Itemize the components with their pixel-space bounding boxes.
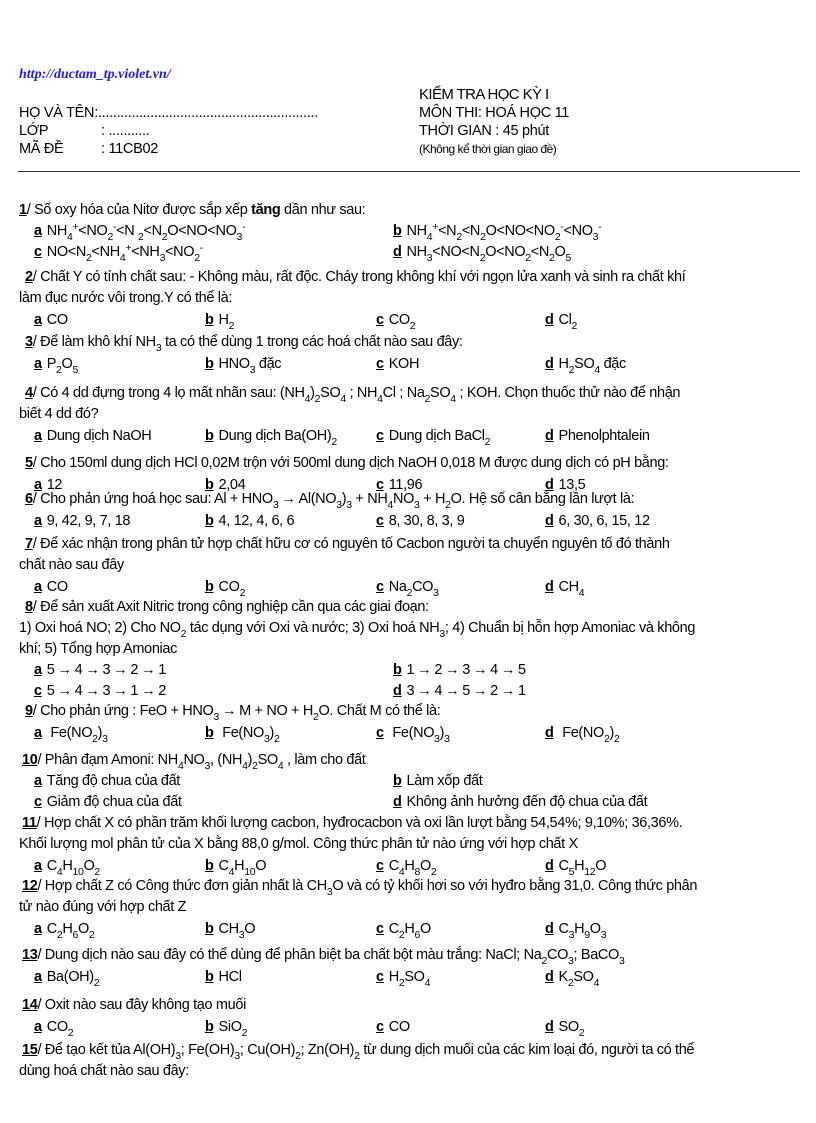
- subscript: 3: [273, 499, 279, 511]
- option-letter: b: [205, 921, 214, 937]
- text: ; BaCO: [574, 947, 619, 963]
- option-a[interactable]: a5→4→3→2→1: [34, 661, 166, 679]
- option-letter: d: [545, 579, 554, 595]
- text: 5: [47, 683, 55, 699]
- question-stem: 10/ Phân đạm Amoni: NH4NO3, (NH4)2SO4 , …: [22, 751, 365, 769]
- option-letter: a: [34, 921, 42, 937]
- option-letter: d: [545, 513, 554, 529]
- text: H: [62, 858, 72, 874]
- text: ; KOH. Chọn thuốc thử nào để nhận: [456, 385, 680, 401]
- question-number: 2: [25, 269, 33, 285]
- text: NH: [407, 244, 427, 260]
- option-d[interactable]: dKhông ảnh hưởng đến độ chua của đất: [393, 793, 647, 811]
- option-letter: c: [376, 858, 384, 874]
- text: / Dung dịch nào sau đây có thể dùng để p…: [37, 947, 541, 963]
- text: 3: [102, 662, 110, 678]
- option-b[interactable]: bH2: [205, 311, 234, 329]
- text: làm đục nước vôi trong.Y có thể là:: [19, 290, 232, 306]
- question-stem: tử nào đúng với hợp chất Z: [19, 898, 186, 916]
- subscript: 5: [565, 252, 571, 264]
- option-letter: b: [205, 356, 214, 372]
- option-letter: b: [205, 579, 214, 595]
- text: CO: [547, 947, 568, 963]
- text: / Có 4 dd đựng trong 4 lọ mất nhãn sau: …: [33, 385, 305, 401]
- text: CO: [219, 579, 240, 595]
- option-c[interactable]: cC2H6O: [376, 920, 431, 938]
- text: / Oxit nào sau đây không tạo muối: [37, 997, 246, 1013]
- option-c[interactable]: cKOH: [376, 355, 419, 373]
- option-d[interactable]: dK2SO4: [545, 968, 599, 986]
- question-stem: Khối lượng mol phân tử của X bằng 88,0 g…: [19, 835, 578, 853]
- text: O: [595, 858, 606, 874]
- option-letter: c: [376, 1019, 384, 1035]
- exam-duration-note: (Không kể thời gian giao đề): [419, 140, 569, 158]
- question-stem: 6/ Cho phản ứng hoá học sau: Al + HNO3→A…: [25, 490, 634, 508]
- option-b[interactable]: b4, 12, 4, 6, 6: [205, 512, 294, 530]
- option-a[interactable]: aCO: [34, 578, 68, 596]
- option-d[interactable]: dC5H12O: [545, 857, 606, 875]
- option-a[interactable]: aNH4+<NO2-<N 2<N2O<NO<NO3-: [34, 222, 245, 240]
- text: 1: [130, 683, 138, 699]
- text: / Để tạo kết tủa Al(OH): [37, 1042, 175, 1058]
- option-letter: d: [545, 921, 554, 937]
- subscript: 3: [433, 587, 439, 599]
- exam-page: http://ductam_tp.violet.vn/ HỌ VÀ TÊN:..…: [0, 0, 816, 1123]
- text: Tăng độ chua của đất: [47, 773, 180, 789]
- text: CO: [47, 312, 68, 328]
- text: từ dung dịch muối của các kim loại đó, n…: [360, 1042, 695, 1058]
- text: O: [420, 858, 431, 874]
- text: ; Cu(OH): [240, 1042, 295, 1058]
- text: O: [78, 921, 89, 937]
- text: NO: [183, 752, 204, 768]
- text: H: [234, 858, 244, 874]
- option-b[interactable]: bCO2: [205, 578, 245, 596]
- text: <N: [462, 223, 480, 239]
- question-stem: 8/ Để sản xuất Axit Nitric trong công ng…: [25, 598, 429, 616]
- text: Làm xốp đất: [407, 773, 483, 789]
- option-b[interactable]: b1→2→3→4→5: [393, 661, 526, 679]
- text: 4: [490, 662, 498, 678]
- option-b[interactable]: bHCl: [205, 968, 242, 986]
- option-c[interactable]: c5→4→3→1→2: [34, 682, 166, 700]
- text: 4: [434, 683, 442, 699]
- option-d[interactable]: d3→4→5→2→1: [393, 682, 526, 700]
- option-b[interactable]: bSiO2: [205, 1018, 247, 1036]
- text: C: [559, 921, 569, 937]
- question-number: 1: [19, 202, 27, 218]
- text: NH: [47, 223, 67, 239]
- text: CO: [47, 1019, 68, 1035]
- option-b[interactable]: bC4H10O: [205, 857, 266, 875]
- text: Phenolphtalein: [559, 428, 650, 444]
- question-number: 15: [22, 1042, 37, 1058]
- option-letter: d: [545, 312, 554, 328]
- reaction-arrow-icon: →: [445, 682, 459, 700]
- option-letter: a: [34, 356, 42, 372]
- option-letter: b: [205, 969, 214, 985]
- option-b[interactable]: bHNO3 đặc: [205, 355, 281, 373]
- text: NO: [393, 491, 414, 507]
- option-letter: d: [545, 969, 554, 985]
- text: <NH: [131, 244, 159, 260]
- question-stem: 11/ Hợp chất X có phần trăm khối lượng c…: [22, 814, 682, 832]
- question-stem: 3/ Để làm khô khí NH3 ta có thể dùng 1 t…: [25, 333, 463, 351]
- option-a[interactable]: aP2O5: [34, 355, 78, 373]
- reaction-arrow-icon: →: [473, 682, 487, 700]
- subscript: 2: [94, 977, 100, 989]
- option-letter: b: [205, 428, 214, 444]
- option-d[interactable]: dH2SO4 đặc: [545, 355, 626, 373]
- subscript: 2: [572, 320, 578, 332]
- option-letter: b: [393, 223, 402, 239]
- option-b[interactable]: bLàm xốp đất: [393, 772, 482, 790]
- option-c[interactable]: cCO: [376, 1018, 410, 1036]
- subscript: 4: [594, 977, 600, 989]
- text: / Để sản xuất Axit Nitric trong công ngh…: [33, 599, 429, 615]
- option-c[interactable]: cC4H8O2: [376, 857, 436, 875]
- text: CH: [219, 921, 239, 937]
- text: Ba(OH): [47, 969, 94, 985]
- option-b[interactable]: bNH4+<N2<N2O<NO<NO2-<NO3-: [393, 222, 601, 240]
- text: O<NO<NO: [486, 223, 555, 239]
- text: / Hợp chất Z có Công thức đơn giản nhất …: [37, 878, 326, 894]
- subscript: 2: [331, 436, 337, 448]
- text: 8, 30, 8, 3, 9: [389, 513, 465, 529]
- option-letter: a: [34, 773, 42, 789]
- text: H: [404, 858, 414, 874]
- option-letter: c: [34, 683, 42, 699]
- option-letter: c: [376, 725, 384, 741]
- text: / Để xác nhận trong phân tử hợp chất hữu…: [33, 536, 670, 552]
- text: <NO<N: [432, 244, 479, 260]
- option-letter: a: [34, 662, 42, 678]
- option-letter: a: [34, 858, 42, 874]
- subscript: 5: [72, 364, 78, 376]
- text: 3: [102, 683, 110, 699]
- text: CO: [389, 1019, 410, 1035]
- reaction-arrow-icon: →: [57, 682, 71, 700]
- option-d[interactable]: dC3H9O3: [545, 920, 606, 938]
- option-letter: d: [393, 794, 402, 810]
- text: SO: [320, 385, 340, 401]
- text: HNO: [219, 356, 250, 372]
- text: 5: [47, 662, 55, 678]
- option-letter: b: [205, 725, 214, 741]
- text: SO: [574, 356, 594, 372]
- option-c[interactable]: cCO2: [376, 311, 415, 329]
- text: Na: [389, 579, 407, 595]
- reaction-arrow-icon: →: [501, 682, 515, 700]
- question-stem: biết 4 dd đó?: [19, 405, 98, 423]
- question-number: 9: [25, 703, 33, 719]
- question-number: 5: [25, 455, 33, 471]
- text: Fe(NO: [559, 725, 604, 741]
- text: H: [219, 312, 229, 328]
- student-info: HỌ VÀ TÊN:..............................…: [19, 104, 318, 158]
- question-number: 3: [25, 334, 33, 350]
- option-b[interactable]: b Fe(NO3)2: [205, 724, 279, 742]
- text: 5: [518, 662, 526, 678]
- text: Cl: [559, 312, 572, 328]
- reaction-arrow-icon: →: [417, 682, 431, 700]
- text: + H: [420, 491, 446, 507]
- text: H: [574, 921, 584, 937]
- question-number: 7: [25, 536, 33, 552]
- text: , làm cho đất: [283, 752, 365, 768]
- reaction-arrow-icon: →: [141, 682, 155, 700]
- text: SO: [404, 969, 424, 985]
- option-letter: d: [545, 356, 554, 372]
- text: 2: [158, 683, 166, 699]
- text: 3: [462, 662, 470, 678]
- subscript: 2: [485, 436, 491, 448]
- source-url-link[interactable]: http://ductam_tp.violet.vn/: [19, 67, 171, 83]
- option-a[interactable]: aCO: [34, 311, 68, 329]
- text: ta có thể dùng 1 trong các hoá chất nào …: [161, 334, 462, 350]
- text: <NO: [78, 223, 107, 239]
- text: M + NO + H: [239, 703, 313, 719]
- text: O: [590, 921, 601, 937]
- option-c[interactable]: cDung dịch BaCl2: [376, 427, 490, 445]
- option-letter: b: [205, 312, 214, 328]
- question-number: 4: [25, 385, 33, 401]
- option-letter: b: [205, 513, 214, 529]
- option-letter: a: [34, 513, 42, 529]
- text: O: [555, 244, 566, 260]
- text: Dung dịch NaOH: [47, 428, 152, 444]
- text: <NO: [563, 223, 592, 239]
- text: O: [83, 858, 94, 874]
- student-name-row: HỌ VÀ TÊN:..............................…: [19, 104, 318, 122]
- option-c[interactable]: c Fe(NO3)3: [376, 724, 450, 742]
- text: 6, 30, 6, 15, 12: [559, 513, 650, 529]
- superscript: -: [200, 242, 203, 254]
- text: H: [559, 356, 569, 372]
- question-number: 8: [25, 599, 33, 615]
- text: 4, 12, 4, 6, 6: [219, 513, 295, 529]
- option-letter: b: [205, 1019, 214, 1035]
- option-b[interactable]: bCH3O: [205, 920, 255, 938]
- text: C: [389, 858, 399, 874]
- reaction-arrow-icon: →: [281, 490, 295, 508]
- text: / Phân đạm Amoni: NH: [37, 752, 178, 768]
- text: 5: [462, 683, 470, 699]
- subscript: 3: [601, 929, 607, 941]
- option-letter: a: [34, 428, 42, 444]
- text: 4: [75, 662, 83, 678]
- subscript: 3: [213, 711, 219, 723]
- text: ; Zn(OH): [301, 1042, 355, 1058]
- option-letter: d: [545, 428, 554, 444]
- option-letter: c: [376, 356, 384, 372]
- option-d[interactable]: dCH4: [545, 578, 584, 596]
- text: khí; 5) Tổng hợp Amoniac: [19, 641, 177, 657]
- option-a[interactable]: a Fe(NO2)3: [34, 724, 108, 742]
- text: O: [62, 356, 73, 372]
- text: ; Fe(OH): [181, 1042, 235, 1058]
- text: <N: [144, 223, 162, 239]
- text: đặc: [600, 356, 626, 372]
- text: 3: [407, 683, 415, 699]
- superscript: -: [598, 221, 601, 233]
- question-stem: 5/ Cho 150ml dung dịch HCl 0,02M trộn vớ…: [25, 454, 669, 472]
- question-number: 13: [22, 947, 37, 963]
- text: Không ảnh hưởng đến độ chua của đất: [407, 794, 648, 810]
- text: SO: [430, 385, 450, 401]
- option-letter: b: [393, 773, 402, 789]
- question-stem: 7/ Để xác nhận trong phân tử hợp chất hữ…: [25, 535, 670, 553]
- subscript: 2: [614, 733, 620, 745]
- option-d[interactable]: dPhenolphtalein: [545, 427, 650, 445]
- subscript: 2: [89, 929, 95, 941]
- option-c[interactable]: c8, 30, 8, 3, 9: [376, 512, 464, 530]
- text: 1) Oxi hoá NO; 2) Cho NO: [19, 620, 181, 636]
- subscript: 3: [444, 733, 450, 745]
- text: 2: [434, 662, 442, 678]
- text: O<NO<NO: [167, 223, 236, 239]
- text: K: [559, 969, 568, 985]
- text: biết 4 dd đó?: [19, 406, 98, 422]
- option-a[interactable]: aCO2: [34, 1018, 73, 1036]
- option-a[interactable]: aC2H6O2: [34, 920, 94, 938]
- text: / Chất Y có tính chất sau: - Không màu, …: [33, 269, 686, 285]
- text: <N: [438, 223, 456, 239]
- option-a[interactable]: a9, 42, 9, 7, 18: [34, 512, 130, 530]
- text: + NH: [352, 491, 388, 507]
- question-stem: chất nào sau đây: [19, 556, 124, 574]
- subscript: 3: [619, 955, 625, 967]
- option-c[interactable]: cH2SO4: [376, 968, 430, 986]
- text: O: [244, 921, 255, 937]
- text: KOH: [389, 356, 419, 372]
- option-a[interactable]: aDung dịch NaOH: [34, 427, 151, 445]
- reaction-arrow-icon: →: [445, 661, 459, 679]
- option-d[interactable]: d Fe(NO2)2: [545, 724, 619, 742]
- question-number: 10: [22, 752, 37, 768]
- option-letter: d: [545, 725, 554, 741]
- text: / Cho 150ml dung dịch HCl 0,02M trộn với…: [33, 455, 669, 471]
- question-stem: 9/ Cho phản ứng : FeO + HNO3→M + NO + H2…: [25, 702, 440, 720]
- subscript: 2: [579, 1027, 585, 1039]
- text: <NO: [165, 244, 194, 260]
- option-letter: c: [376, 969, 384, 985]
- option-a[interactable]: aC4H10O2: [34, 857, 100, 875]
- exam-subject: MÔN THI: HOÁ HỌC 11: [419, 104, 569, 122]
- option-letter: a: [34, 579, 42, 595]
- text: P: [47, 356, 56, 372]
- text: ; NH: [346, 385, 377, 401]
- text: C: [559, 858, 569, 874]
- option-d[interactable]: dCl2: [545, 311, 577, 329]
- question-stem: 14/ Oxit nào sau đây không tạo muối: [22, 996, 246, 1014]
- text: O<NO: [485, 244, 525, 260]
- text: / Để làm khô khí NH: [33, 334, 156, 350]
- option-letter: c: [376, 428, 384, 444]
- question-stem: dùng hoá chất nào sau đây:: [19, 1062, 189, 1080]
- option-letter: d: [545, 858, 554, 874]
- option-d[interactable]: dSO2: [545, 1018, 584, 1036]
- question-stem: 12/ Hợp chất Z có Công thức đơn giản nhấ…: [22, 877, 697, 895]
- text: O. Hệ số cân bằng lần lượt là:: [451, 491, 635, 507]
- text: CO: [47, 579, 68, 595]
- reaction-arrow-icon: →: [85, 682, 99, 700]
- option-a[interactable]: aBa(OH)2: [34, 968, 99, 986]
- option-letter: d: [393, 683, 402, 699]
- text: H: [62, 921, 72, 937]
- option-c[interactable]: cNO<N2<NH4+<NH3<NO2-: [34, 243, 203, 261]
- exam-code-row: MÃ ĐỀ: 11CB02: [19, 140, 318, 158]
- class-row: LỚP: ...........: [19, 122, 318, 140]
- text: SO: [559, 1019, 579, 1035]
- option-d[interactable]: d6, 30, 6, 15, 12: [545, 512, 650, 530]
- text: CO: [389, 312, 410, 328]
- question-number: 12: [22, 878, 37, 894]
- option-letter: c: [34, 244, 42, 260]
- text: / Cho phản ứng hoá học sau: Al + HNO: [33, 491, 273, 507]
- text: Fe(NO: [389, 725, 434, 741]
- text: 2: [490, 683, 498, 699]
- text: Al(NO: [299, 491, 337, 507]
- text: / Cho phản ứng : FeO + HNO: [33, 703, 214, 719]
- question-number: 6: [25, 491, 33, 507]
- emphasis-text: tăng: [251, 202, 280, 218]
- text: <NH: [92, 244, 120, 260]
- option-letter: a: [34, 223, 42, 239]
- option-a[interactable]: aTăng độ chua của đất: [34, 772, 180, 790]
- superscript: -: [242, 221, 245, 233]
- question-stem: 4/ Có 4 dd đựng trong 4 lọ mất nhãn sau:…: [25, 384, 680, 402]
- text: O. Chất M có thể là:: [318, 703, 440, 719]
- text: SO: [573, 969, 593, 985]
- reaction-arrow-icon: →: [141, 661, 155, 679]
- text: NH: [407, 223, 427, 239]
- text: SO: [258, 752, 278, 768]
- option-c[interactable]: cGiảm độ chua của đất: [34, 793, 182, 811]
- option-letter: a: [34, 312, 42, 328]
- text: C: [47, 921, 57, 937]
- option-letter: a: [34, 1019, 42, 1035]
- text: chất nào sau đây: [19, 557, 124, 573]
- question-stem: làm đục nước vôi trong.Y có thể là:: [19, 289, 232, 307]
- text: 2: [130, 662, 138, 678]
- reaction-arrow-icon: →: [501, 661, 515, 679]
- text: NO<N: [47, 244, 86, 260]
- reaction-arrow-icon: →: [113, 661, 127, 679]
- exam-duration: THỜI GIAN : 45 phút: [419, 122, 569, 140]
- option-d[interactable]: dNH3<NO<N2O<NO2<N2O5: [393, 243, 571, 261]
- subscript: 4: [579, 587, 585, 599]
- subscript: 2: [242, 1027, 248, 1039]
- text: dần như sau:: [280, 202, 365, 218]
- class-label: LỚP: [19, 122, 101, 140]
- option-letter: a: [34, 969, 42, 985]
- text: Fe(NO: [219, 725, 264, 741]
- text: Dung dịch BaCl: [389, 428, 485, 444]
- text: tử nào đúng với hợp chất Z: [19, 899, 186, 915]
- text: SiO: [219, 1019, 242, 1035]
- option-b[interactable]: bDung dịch Ba(OH)2: [205, 427, 337, 445]
- exam-code-label: MÃ ĐỀ: [19, 140, 101, 158]
- subscript: 2: [68, 1027, 74, 1039]
- student-name-value: :.......................................…: [94, 105, 318, 121]
- reaction-arrow-icon: →: [85, 661, 99, 679]
- text: O: [255, 858, 266, 874]
- option-c[interactable]: cNa2CO3: [376, 578, 439, 596]
- text: H: [574, 858, 584, 874]
- class-value: : ...........: [101, 123, 149, 139]
- text: H: [389, 969, 399, 985]
